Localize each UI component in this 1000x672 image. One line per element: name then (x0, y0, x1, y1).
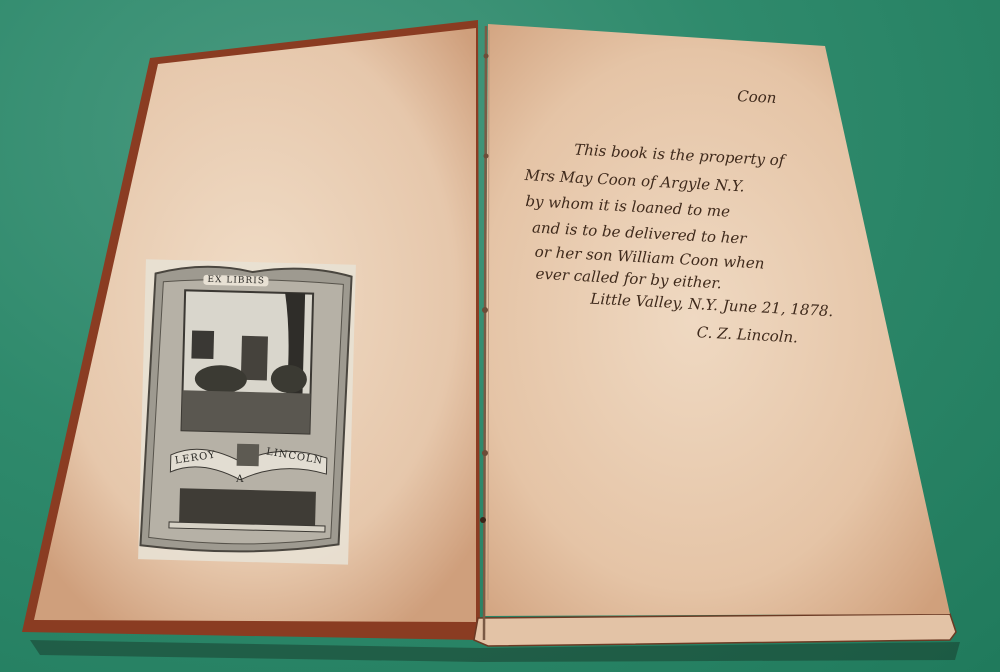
inscription-heading: Coon (737, 87, 777, 107)
bookplate-initial: A (236, 474, 245, 485)
right-cover-edge (474, 614, 956, 646)
photo-scene: EX LIBRIS LEROY A LINCOLN Coon This book… (0, 0, 1000, 672)
bookplate: EX LIBRIS LEROY A LINCOLN (138, 259, 360, 564)
right-flyleaf (484, 24, 950, 616)
bookplate-header: EX LIBRIS (203, 275, 269, 287)
